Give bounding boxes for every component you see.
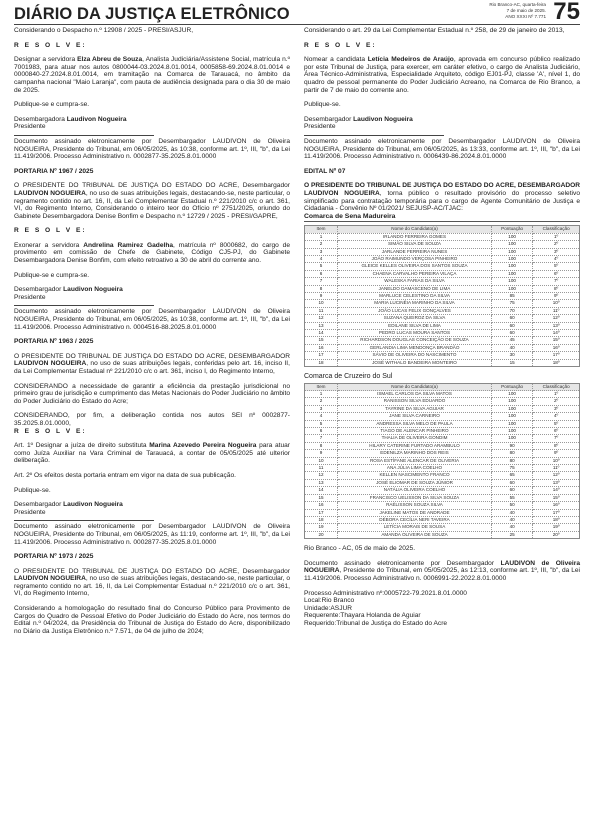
rank-cell: 15º [533, 494, 580, 501]
score-cell: 100 [492, 435, 533, 442]
score-cell: 100 [492, 278, 533, 285]
name-cell: JOÃO LUCAS FELIX GONÇALVES [338, 307, 492, 314]
item-cell: 7 [305, 435, 338, 442]
table-row: 18JOSÉ WITHALO BANDEIRA MONTEIRO1518º [305, 359, 580, 366]
score-cell: 100 [492, 241, 533, 248]
signer-role: Presidente [14, 509, 290, 517]
name-cell: JAKELINE MATOS DE ANDRADE [338, 509, 492, 516]
item-cell: 16 [305, 344, 338, 351]
table-row: 9EDENILZA MARINHO DOS REIS809º [305, 450, 580, 457]
item-cell: 19 [305, 524, 338, 531]
resolve-label: R E S O L V E: [304, 42, 580, 50]
score-cell: 60 [492, 315, 533, 322]
signature-line [14, 520, 154, 521]
score-cell: 40 [492, 524, 533, 531]
signer-role: Presidente [304, 123, 580, 131]
table-row: 17JAKELINE MATOS DE ANDRADE4017º [305, 509, 580, 516]
name-cell: PEDRO LUCAS MOURA SANTOS [338, 329, 492, 336]
score-cell: 100 [492, 233, 533, 240]
name-cell: JOÃO RAIMUNDO VERÇOSA PINHEIRO [338, 255, 492, 262]
table-header-row: ItemNome do Candidato(a)PontuaçãoClassif… [305, 383, 580, 390]
table-row: 13EDILANE SILVA DE LIMA6013º [305, 322, 580, 329]
right-column: Considerando o art. 29 da Lei Complement… [304, 27, 580, 627]
rank-cell: 10º [533, 457, 580, 464]
rank-cell: 10º [533, 300, 580, 307]
name-cell: RAÉLISSON SOUZA SILVA [338, 502, 492, 509]
score-cell: 45 [492, 337, 533, 344]
table-row: 11ANA JÚLIA LIMA COELHO7511º [305, 465, 580, 472]
article-1: Art. 1º Designar a juíza de direito subs… [14, 442, 290, 465]
table-row: 10ROSA ESTÍFANE ALENCAR DE OLIVERIA8010º [305, 457, 580, 464]
item-cell: 17 [305, 509, 338, 516]
resolve-label: R E S O L V E: [14, 227, 290, 235]
score-cell: 100 [492, 428, 533, 435]
rank-cell: 20º [533, 531, 580, 538]
rank-cell: 4º [533, 255, 580, 262]
considerando: CONSIDERANDO a necessidade de garantir a… [14, 383, 290, 406]
table-row: 5GLEICE KELLES OLIVEIRA DOS SANTOS SOUZA… [305, 263, 580, 270]
considerando: Considerando o Despacho n.º 12908 / 2025… [14, 27, 290, 35]
name-cell: JANELDO DAMASCENO DE LIMA [338, 285, 492, 292]
table-row: 7THALIA DE OLIVEIRA GONDIM1007º [305, 435, 580, 442]
rank-cell: 4º [533, 413, 580, 420]
rank-cell: 3º [533, 405, 580, 412]
rank-cell: 18º [533, 516, 580, 523]
item-cell: 18 [305, 359, 338, 366]
item-cell: 3 [305, 248, 338, 255]
edital-intro: O PRESIDENTE DO TRIBUNAL DE JUSTIÇA DO E… [304, 182, 580, 212]
rank-cell: 11º [533, 465, 580, 472]
item-cell: 1 [305, 391, 338, 398]
rank-cell: 15º [533, 337, 580, 344]
column-header: Item [305, 383, 338, 390]
item-cell: 17 [305, 352, 338, 359]
signer-role: Presidente [14, 294, 290, 302]
signer: Desembargador Laudivon Nogueira [304, 116, 580, 124]
item-cell: 13 [305, 479, 338, 486]
score-cell: 100 [492, 405, 533, 412]
score-cell: 55 [492, 494, 533, 501]
table-row: 10MARIA LUCINÊIA MARINHO DA SILVA7510º [305, 300, 580, 307]
rank-cell: 19º [533, 524, 580, 531]
publique: Publique-se. [304, 101, 580, 109]
score-cell: 70 [492, 307, 533, 314]
rank-cell: 11º [533, 307, 580, 314]
score-cell: 60 [492, 479, 533, 486]
table-row: 1IRLANDO FERREIRA GOMES1001º [305, 233, 580, 240]
rank-cell: 13º [533, 479, 580, 486]
name-cell: ROSA ESTÍFANE ALENCAR DE OLIVERIA [338, 457, 492, 464]
table-header-row: ItemNome do Candidato(a)PontuaçãoClassif… [305, 226, 580, 233]
rank-cell: 3º [533, 248, 580, 255]
name-cell: ISMAEL CARLOS DA SILVA MATOS [338, 391, 492, 398]
divider [304, 221, 580, 222]
score-cell: 75 [492, 465, 533, 472]
article-2: Art. 2º Os efeitos desta portaria entram… [14, 472, 290, 480]
rank-cell: 6º [533, 428, 580, 435]
name-cell: THALIA DE OLIVEIRA GONDIM [338, 435, 492, 442]
table-row: 8JANELDO DAMASCENO DE LIMA1008º [305, 285, 580, 292]
item-cell: 4 [305, 255, 338, 262]
table-row: 8HILARY CATERINE FURTADO ARAMBULO908º [305, 442, 580, 449]
table-row: 14NATÁLIA OLIVEIRA COELHO6014º [305, 487, 580, 494]
portaria-title: PORTARIA Nº 1973 / 2025 [14, 553, 290, 561]
score-cell: 25 [492, 531, 533, 538]
score-cell: 80 [492, 450, 533, 457]
name-cell: RANISSON SILVA EDUARDO [338, 398, 492, 405]
table-row: 14PEDRO LUCAS MOURA SANTOS6014º [305, 329, 580, 336]
rank-cell: 12º [533, 315, 580, 322]
table-row: 6CHAENA CARVALHO PEREIRA VILAÇA1006º [305, 270, 580, 277]
name-cell: FRANCISCO UELISSON DA SILVA SOUZA [338, 494, 492, 501]
rank-cell: 16º [533, 344, 580, 351]
rank-cell: 14º [533, 329, 580, 336]
table-row: 7WALESKA FARIAS DA SILVA1007º [305, 278, 580, 285]
rank-cell: 9º [533, 450, 580, 457]
table-row: 12SUZANA QUEIROZ DA SILVA6012º [305, 315, 580, 322]
score-cell: 90 [492, 442, 533, 449]
item-cell: 10 [305, 300, 338, 307]
table-body: 1IRLANDO FERREIRA GOMES1001º2SIMÃO SILVA… [305, 233, 580, 366]
process-info: Processo Administrativo nº:0005722-79.20… [304, 590, 580, 628]
nomination-text: Nomear a candidata Letícia Medeiros de A… [304, 56, 580, 94]
name-cell: ANDRESSA SILVA MELO DE PAULA [338, 420, 492, 427]
signer: Desembargadora Laudivon Nogueira [14, 116, 290, 124]
issue-number: ANO XXXI Nº 7.771 [489, 14, 546, 20]
name-cell: JOSÉ WITHALO BANDEIRA MONTEIRO [338, 359, 492, 366]
item-cell: 14 [305, 487, 338, 494]
place-date: Rio Branco - AC, 05 de maio de 2025. [304, 545, 580, 553]
score-cell: 100 [492, 270, 533, 277]
name-cell: MARLUCE CELESTINO DA SILVA [338, 292, 492, 299]
name-cell: NATÁLIA OLIVEIRA COELHO [338, 487, 492, 494]
signature-note: Documento assinado eletronicamente por D… [304, 138, 580, 161]
column-header: Pontuação [492, 383, 533, 390]
portaria-intro: O PRESIDENTE DO TRIBUNAL DE JUSTIÇA DO E… [14, 568, 290, 598]
score-cell: 75 [492, 300, 533, 307]
table-row: 9MARLUCE CELESTINO DA SILVA859º [305, 292, 580, 299]
name-cell: SIMÃO SILVA DE SOUZA [338, 241, 492, 248]
item-cell: 8 [305, 442, 338, 449]
publique-cumpra: Publique-se e cumpra-se. [14, 272, 290, 280]
score-cell: 100 [492, 391, 533, 398]
table-row: 3JARLANDE FERREIRA NUNES1003º [305, 248, 580, 255]
table-row: 5ANDRESSA SILVA MELO DE PAULA1005º [305, 420, 580, 427]
table-row: 2SIMÃO SILVA DE SOUZA1002º [305, 241, 580, 248]
table-row: 18DÉBORA CECÍLIA NERI TAVEIRA4018º [305, 516, 580, 523]
item-cell: 6 [305, 428, 338, 435]
designation-text: Designar a servidora Elza Abreu de Souza… [14, 56, 290, 94]
signer: Desembargador Laudivon Nogueira [14, 501, 290, 509]
item-cell: 2 [305, 241, 338, 248]
rank-cell: 1º [533, 233, 580, 240]
item-cell: 12 [305, 472, 338, 479]
column-header: Nome do Candidato(a) [338, 226, 492, 233]
score-cell: 50 [492, 502, 533, 509]
item-cell: 20 [305, 531, 338, 538]
name-cell: CHAENA CARVALHO PEREIRA VILAÇA [338, 270, 492, 277]
name-cell: ANA JÚLIA LIMA COELHO [338, 465, 492, 472]
rank-cell: 18º [533, 359, 580, 366]
item-cell: 12 [305, 315, 338, 322]
item-cell: 13 [305, 322, 338, 329]
item-cell: 2 [305, 398, 338, 405]
page-header: DIÁRIO DA JUSTIÇA ELETRÔNICO Rio Branco-… [14, 0, 580, 25]
signature-note: Documento assinado eletronicamente por D… [304, 560, 580, 583]
rank-cell: 1º [533, 391, 580, 398]
rank-cell: 17º [533, 352, 580, 359]
process-info-line: Unidade:ASJUR [304, 605, 580, 613]
item-cell: 5 [305, 420, 338, 427]
item-cell: 1 [305, 233, 338, 240]
portaria-title: PORTARIA Nº 1967 / 2025 [14, 168, 290, 176]
score-cell: 40 [492, 344, 533, 351]
portaria-intro: O PRESIDENTE DO TRIBUNAL DE JUSTIÇA DO E… [14, 353, 290, 376]
item-cell: 9 [305, 450, 338, 457]
rank-cell: 7º [533, 278, 580, 285]
rank-cell: 2º [533, 241, 580, 248]
edital-title: EDITAL Nº 07 [304, 168, 580, 176]
table-row: 4JANE SILVA CARNEIRO1004º [305, 413, 580, 420]
score-cell: 60 [492, 329, 533, 336]
item-cell: 4 [305, 413, 338, 420]
name-cell: EDENILZA MARINHO DOS REIS [338, 450, 492, 457]
name-cell: DÉBORA CECÍLIA NERI TAVEIRA [338, 516, 492, 523]
name-cell: KELLEN NASCIMENTO FRANCO [338, 472, 492, 479]
publique-cumpra: Publique-se e cumpra-se. [14, 101, 290, 109]
table-row: 20AMANDA OLIVEIRA DE SOUZA2520º [305, 531, 580, 538]
table-row: 6TIAGO DE ALENCAR PINHEIRO1006º [305, 428, 580, 435]
score-cell: 100 [492, 263, 533, 270]
signer-role: Presidente [14, 123, 290, 131]
item-cell: 3 [305, 405, 338, 412]
table-row: 11JOÃO LUCAS FELIX GONÇALVES7011º [305, 307, 580, 314]
score-cell: 85 [492, 292, 533, 299]
comarca-heading: Comarca de Cruzeiro do Sul [304, 373, 580, 381]
score-cell: 40 [492, 516, 533, 523]
exoneration-text: Exonerar a servidora Andrelina Ramirez G… [14, 242, 290, 265]
item-cell: 15 [305, 494, 338, 501]
considerando: Considerando o art. 29 da Lei Complement… [304, 27, 580, 35]
item-cell: 7 [305, 278, 338, 285]
publique: Publique-se. [14, 487, 290, 495]
rank-cell: 9º [533, 292, 580, 299]
name-cell: JARLANDE FERREIRA NUNES [338, 248, 492, 255]
journal-title: DIÁRIO DA JUSTIÇA ELETRÔNICO [14, 5, 290, 23]
signature-note: Documento assinado eletronicamente por D… [14, 308, 290, 331]
item-cell: 5 [305, 263, 338, 270]
rank-cell: 7º [533, 435, 580, 442]
score-cell: 100 [492, 398, 533, 405]
name-cell: RICHARDSON DOUGLAS CONCEIÇÃO DE SOUZA [338, 337, 492, 344]
item-cell: 9 [305, 292, 338, 299]
item-cell: 14 [305, 329, 338, 336]
signature-note: Documento assinado eletronicamente por D… [14, 138, 290, 161]
issue-meta: Rio Branco-AC, quarta-feira 7 de maio de… [489, 2, 546, 20]
rank-cell: 8º [533, 285, 580, 292]
name-cell: SÁVIO DE OLIVEIRA DO NASCIMENTO [338, 352, 492, 359]
score-cell: 65 [492, 472, 533, 479]
table-row: 2RANISSON SILVA EDUARDO1002º [305, 398, 580, 405]
table-row: 12KELLEN NASCIMENTO FRANCO6512º [305, 472, 580, 479]
signature-line [14, 135, 154, 136]
item-cell: 10 [305, 457, 338, 464]
column-header: Pontuação [492, 226, 533, 233]
score-cell: 30 [492, 352, 533, 359]
item-cell: 18 [305, 516, 338, 523]
portaria-title: PORTARIA Nº 1963 / 2025 [14, 338, 290, 346]
score-cell: 15 [492, 359, 533, 366]
name-cell: SUZANA QUEIROZ DA SILVA [338, 315, 492, 322]
rank-cell: 14º [533, 487, 580, 494]
score-cell: 80 [492, 457, 533, 464]
considerando: CONSIDERANDO, por fim, a deliberação con… [14, 412, 290, 427]
name-cell: MARIA LUCINÊIA MARINHO DA SILVA [338, 300, 492, 307]
item-cell: 11 [305, 465, 338, 472]
score-cell: 40 [492, 509, 533, 516]
resolve-label: R E S O L V E: [14, 428, 290, 436]
rank-cell: 16º [533, 502, 580, 509]
name-cell: HILARY CATERINE FURTADO ARAMBULO [338, 442, 492, 449]
table-body: 1ISMAEL CARLOS DA SILVA MATOS1001º2RANIS… [305, 391, 580, 539]
table-row: 3TAYRINE DA SILVA AGUIAR1003º [305, 405, 580, 412]
portaria-intro: O PRESIDENTE DO TRIBUNAL DE JUSTIÇA DO E… [14, 182, 290, 220]
table-row: 13JOSÉ ELIOMAR DE SOUZA JÚNIOR6013º [305, 479, 580, 486]
resolve-label: R E S O L V E: [14, 42, 290, 50]
signature-note: Documento assinado eletronicamente por D… [14, 523, 290, 546]
score-cell: 100 [492, 255, 533, 262]
table-row: 16RAÉLISSON SOUZA SILVA5016º [305, 502, 580, 509]
score-cell: 100 [492, 285, 533, 292]
rank-cell: 12º [533, 472, 580, 479]
process-info-line: Requerente:Thayara Holanda de Aguiar [304, 612, 580, 620]
name-cell: WALESKA FARIAS DA SILVA [338, 278, 492, 285]
rank-cell: 13º [533, 322, 580, 329]
item-cell: 15 [305, 337, 338, 344]
signature-line [14, 305, 154, 306]
name-cell: AMANDA OLIVEIRA DE SOUZA [338, 531, 492, 538]
score-cell: 60 [492, 487, 533, 494]
column-header: Item [305, 226, 338, 233]
table-row: 17SÁVIO DE OLIVEIRA DO NASCIMENTO3017º [305, 352, 580, 359]
table-row: 15FRANCISCO UELISSON DA SILVA SOUZA5515º [305, 494, 580, 501]
name-cell: LETÍCIA MORAIS DE SOUSA [338, 524, 492, 531]
considerando: Considerando a homologação do resultado … [14, 605, 290, 635]
signer: Desembargador Laudivon Nogueira [14, 286, 290, 294]
column-header: Nome do Candidato(a) [338, 383, 492, 390]
results-table-cruzeiro-do-sul: ItemNome do Candidato(a)PontuaçãoClassif… [304, 383, 580, 540]
rank-cell: 17º [533, 509, 580, 516]
rank-cell: 6º [533, 270, 580, 277]
item-cell: 11 [305, 307, 338, 314]
item-cell: 6 [305, 270, 338, 277]
name-cell: JOSÉ ELIOMAR DE SOUZA JÚNIOR [338, 479, 492, 486]
rank-cell: 8º [533, 442, 580, 449]
table-row: 19LETÍCIA MORAIS DE SOUSA4019º [305, 524, 580, 531]
table-row: 15RICHARDSON DOUGLAS CONCEIÇÃO DE SOUZA4… [305, 337, 580, 344]
table-row: 16GERLANDIA LIMA MENDONÇA BRANDÃO4016º [305, 344, 580, 351]
item-cell: 16 [305, 502, 338, 509]
score-cell: 100 [492, 420, 533, 427]
rank-cell: 2º [533, 398, 580, 405]
rank-cell: 5º [533, 420, 580, 427]
rank-cell: 5º [533, 263, 580, 270]
column-header: Classificação [533, 383, 580, 390]
name-cell: JANE SILVA CARNEIRO [338, 413, 492, 420]
score-cell: 100 [492, 413, 533, 420]
results-table-sena-madureira: ItemNome do Candidato(a)PontuaçãoClassif… [304, 225, 580, 367]
name-cell: EDILANE SILVA DE LIMA [338, 322, 492, 329]
comarca-heading: Comarca de Sena Madureira [304, 213, 580, 221]
name-cell: GLEICE KELLES OLIVEIRA DOS SANTOS SOUZA [338, 263, 492, 270]
process-info-line: Processo Administrativo nº:0005722-79.20… [304, 590, 580, 598]
name-cell: IRLANDO FERREIRA GOMES [338, 233, 492, 240]
item-cell: 8 [305, 285, 338, 292]
name-cell: TIAGO DE ALENCAR PINHEIRO [338, 428, 492, 435]
table-row: 1ISMAEL CARLOS DA SILVA MATOS1001º [305, 391, 580, 398]
signature-line [304, 135, 444, 136]
left-column: Considerando o Despacho n.º 12908 / 2025… [14, 27, 290, 642]
name-cell: GERLANDIA LIMA MENDONÇA BRANDÃO [338, 344, 492, 351]
column-header: Classificação [533, 226, 580, 233]
score-cell: 60 [492, 322, 533, 329]
page-number: 75 [553, 0, 580, 25]
process-info-line: Local:Rio Branco [304, 597, 580, 605]
table-row: 4JOÃO RAIMUNDO VERÇOSA PINHEIRO1004º [305, 255, 580, 262]
process-info-line: Requerido:Tribunal de Justiça do Estado … [304, 620, 580, 628]
name-cell: TAYRINE DA SILVA AGUIAR [338, 405, 492, 412]
score-cell: 100 [492, 248, 533, 255]
